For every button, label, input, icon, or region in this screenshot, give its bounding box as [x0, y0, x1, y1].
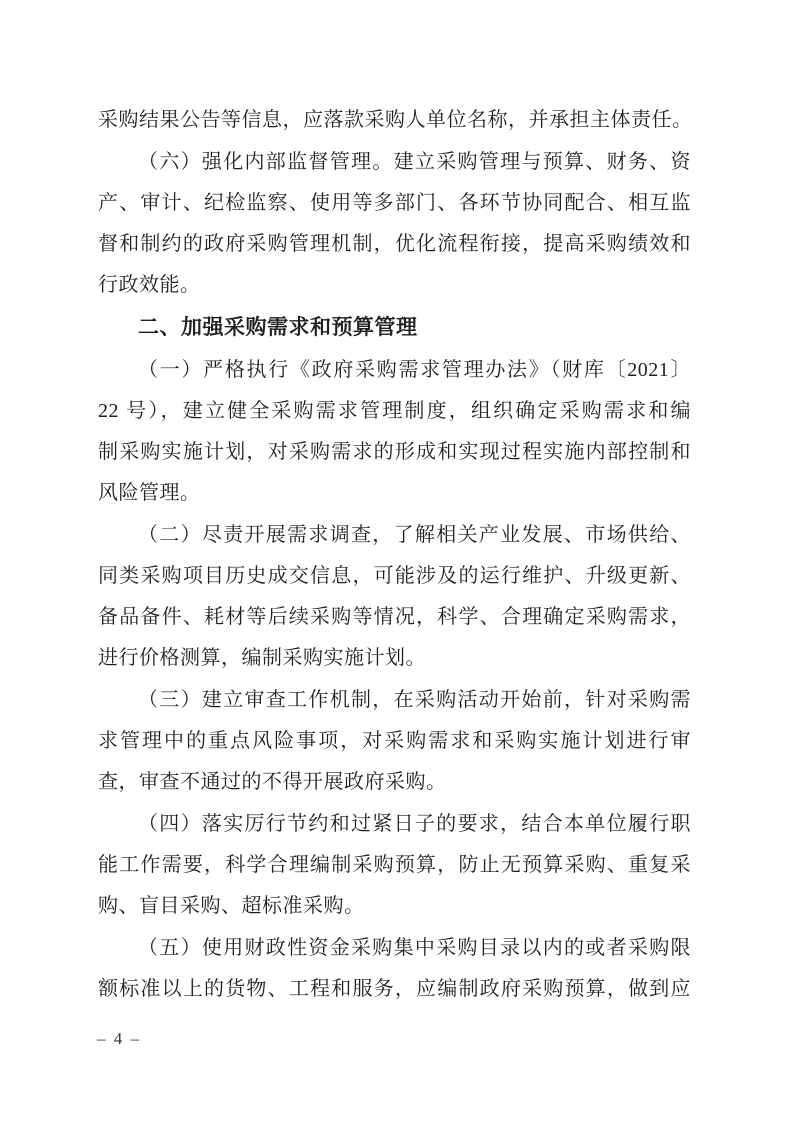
paragraph-item-5: （五）使用财政性资金采购集中采购目录以内的或者采购限 额标准以上的货物、工程和服… — [98, 928, 691, 1010]
paragraph-item-4: （四）落实厉行节约和过紧日子的要求，结合本单位履行职 能工作需要，科学合理编制采… — [98, 804, 691, 927]
text-line: 购、盲目采购、超标准采购。 — [98, 886, 691, 927]
text-line: （二）尽责开展需求调查，了解相关产业发展、市场供给、 — [98, 515, 691, 556]
page-number: – 4 – — [97, 1028, 141, 1050]
text-line: 同类采购项目历史成交信息，可能涉及的运行维护、升级更新、 — [98, 556, 691, 597]
text-line: 行政效能。 — [98, 265, 691, 306]
text-line: （三）建立审查工作机制，在采购活动开始前，针对采购需 — [98, 680, 691, 721]
text-line: （四）落实厉行节约和过紧日子的要求，结合本单位履行职 — [98, 804, 691, 845]
text-line: 能工作需要，科学合理编制采购预算，防止无预算采购、重复采 — [98, 845, 691, 886]
paragraph-item-2: （二）尽责开展需求调查，了解相关产业发展、市场供给、 同类采购项目历史成交信息，… — [98, 515, 691, 679]
paragraph-item-1: （一）严格执行《政府采购需求管理办法》（财库〔2021〕 22 号），建立健全采… — [98, 350, 691, 514]
text-line: 查，审查不通过的不得开展政府采购。 — [98, 762, 691, 803]
text-line: （一）严格执行《政府采购需求管理办法》（财库〔2021〕 — [98, 350, 691, 391]
text-line: 采购结果公告等信息，应落款采购人单位名称，并承担主体责任。 — [98, 100, 691, 141]
text-line: 求管理中的重点风险事项，对采购需求和采购实施计划进行审 — [98, 721, 691, 762]
text-line: 备品备件、耗材等后续采购等情况，科学、合理确定采购需求， — [98, 597, 691, 638]
paragraph-item-6: （六）强化内部监督管理。建立采购管理与预算、财务、资 产、审计、纪检监察、使用等… — [98, 142, 691, 306]
text-line: 制采购实施计划，对采购需求的形成和实现过程实施内部控制和 — [98, 432, 691, 473]
text-line: 22 号），建立健全采购需求管理制度，组织确定采购需求和编 — [98, 391, 691, 432]
document-page: 采购结果公告等信息，应落款采购人单位名称，并承担主体责任。 （六）强化内部监督管… — [0, 0, 793, 1122]
text-line: 风险管理。 — [98, 473, 691, 514]
text-line: 督和制约的政府采购管理机制，优化流程衔接，提高采购绩效和 — [98, 224, 691, 265]
text-line: （六）强化内部监督管理。建立采购管理与预算、财务、资 — [98, 142, 691, 183]
text-line: （五）使用财政性资金采购集中采购目录以内的或者采购限 — [98, 928, 691, 969]
text-line: 进行价格测算，编制采购实施计划。 — [98, 638, 691, 679]
text-line: 额标准以上的货物、工程和服务，应编制政府采购预算，做到应 — [98, 969, 691, 1010]
document-body: 采购结果公告等信息，应落款采购人单位名称，并承担主体责任。 （六）强化内部监督管… — [98, 100, 691, 1011]
text-line: 产、审计、纪检监察、使用等多部门、各环节协同配合、相互监 — [98, 183, 691, 224]
section-heading: 二、加强采购需求和预算管理 — [98, 307, 691, 349]
paragraph-item-3: （三）建立审查工作机制，在采购活动开始前，针对采购需 求管理中的重点风险事项，对… — [98, 680, 691, 803]
paragraph-continuation: 采购结果公告等信息，应落款采购人单位名称，并承担主体责任。 — [98, 100, 691, 141]
